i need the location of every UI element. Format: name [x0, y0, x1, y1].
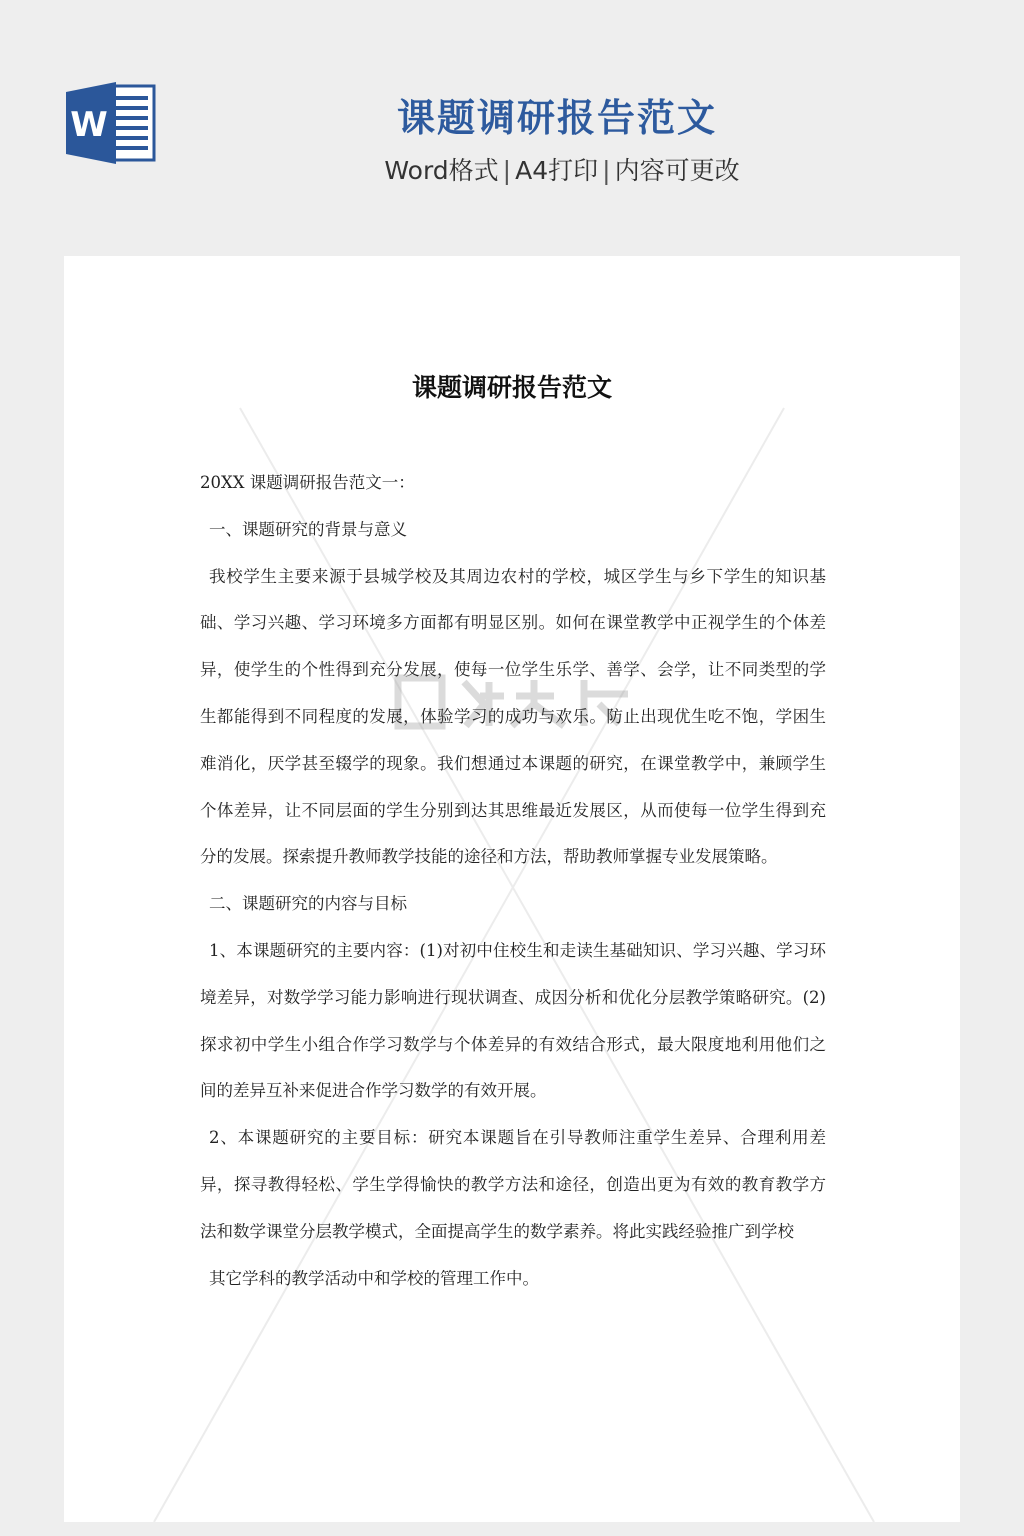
subtitle-editable: 内容可更改	[615, 156, 740, 185]
section-heading: 二、课题研究的内容与目标	[200, 881, 826, 928]
doc-paragraph: 其它学科的教学活动中和学校的管理工作中。	[200, 1256, 826, 1303]
subtitle-format: Word格式	[384, 156, 498, 185]
banner-subtitle: Word格式|A4打印|内容可更改	[0, 152, 1024, 190]
banner-title: 课题调研报告范文	[0, 92, 1024, 144]
doc-paragraph: 1、本课题研究的主要内容：(1)对初中住校生和走读生基础知识、学习兴趣、学习环境…	[200, 928, 826, 1115]
section-heading: 一、课题研究的背景与意义	[200, 507, 826, 554]
subtitle-separator: |	[598, 156, 614, 185]
subtitle-print: A4打印	[515, 156, 598, 185]
document-title: 课题调研报告范文	[64, 368, 960, 408]
document-page: 课题调研报告范文 20XX 课题调研报告范文一： 一、课题研究的背景与意义 我校…	[64, 256, 960, 1522]
document-body: 20XX 课题调研报告范文一： 一、课题研究的背景与意义 我校学生主要来源于县城…	[200, 460, 826, 1302]
doc-paragraph: 20XX 课题调研报告范文一：	[200, 460, 826, 507]
subtitle-separator: |	[499, 156, 515, 185]
header-banner: W 课题调研报告范文 Word格式|A4打印|内容可更改	[0, 0, 1024, 256]
doc-paragraph: 我校学生主要来源于县城学校及其周边农村的学校，城区学生与乡下学生的知识基础、学习…	[200, 554, 826, 882]
doc-paragraph: 2、本课题研究的主要目标：研究本课题旨在引导教师注重学生差异、合理利用差异，探寻…	[200, 1115, 826, 1255]
